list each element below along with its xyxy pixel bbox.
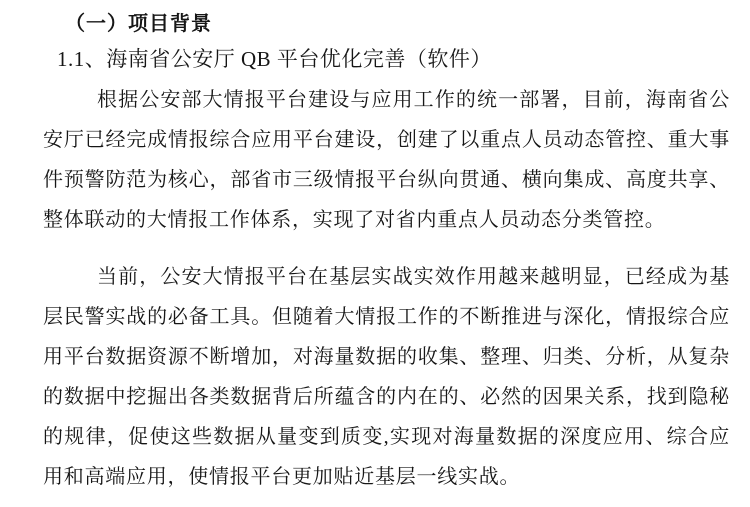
paragraph-project-background-2: 当前，公安大情报平台在基层实战实效作用越来越明显，已经成为基层民警实战的必备工具… [43, 257, 730, 497]
section-heading: （一）项目背景 [65, 10, 730, 38]
document-page: （一）项目背景 1.1、海南省公安厅 QB 平台优化完善（软件） 根据公安部大情… [0, 0, 750, 507]
sub-heading: 1.1、海南省公安厅 QB 平台优化完善（软件） [57, 45, 730, 73]
paragraph-project-background-1: 根据公安部大情报平台建设与应用工作的统一部署，目前，海南省公安厅已经完成情报综合… [43, 80, 730, 240]
